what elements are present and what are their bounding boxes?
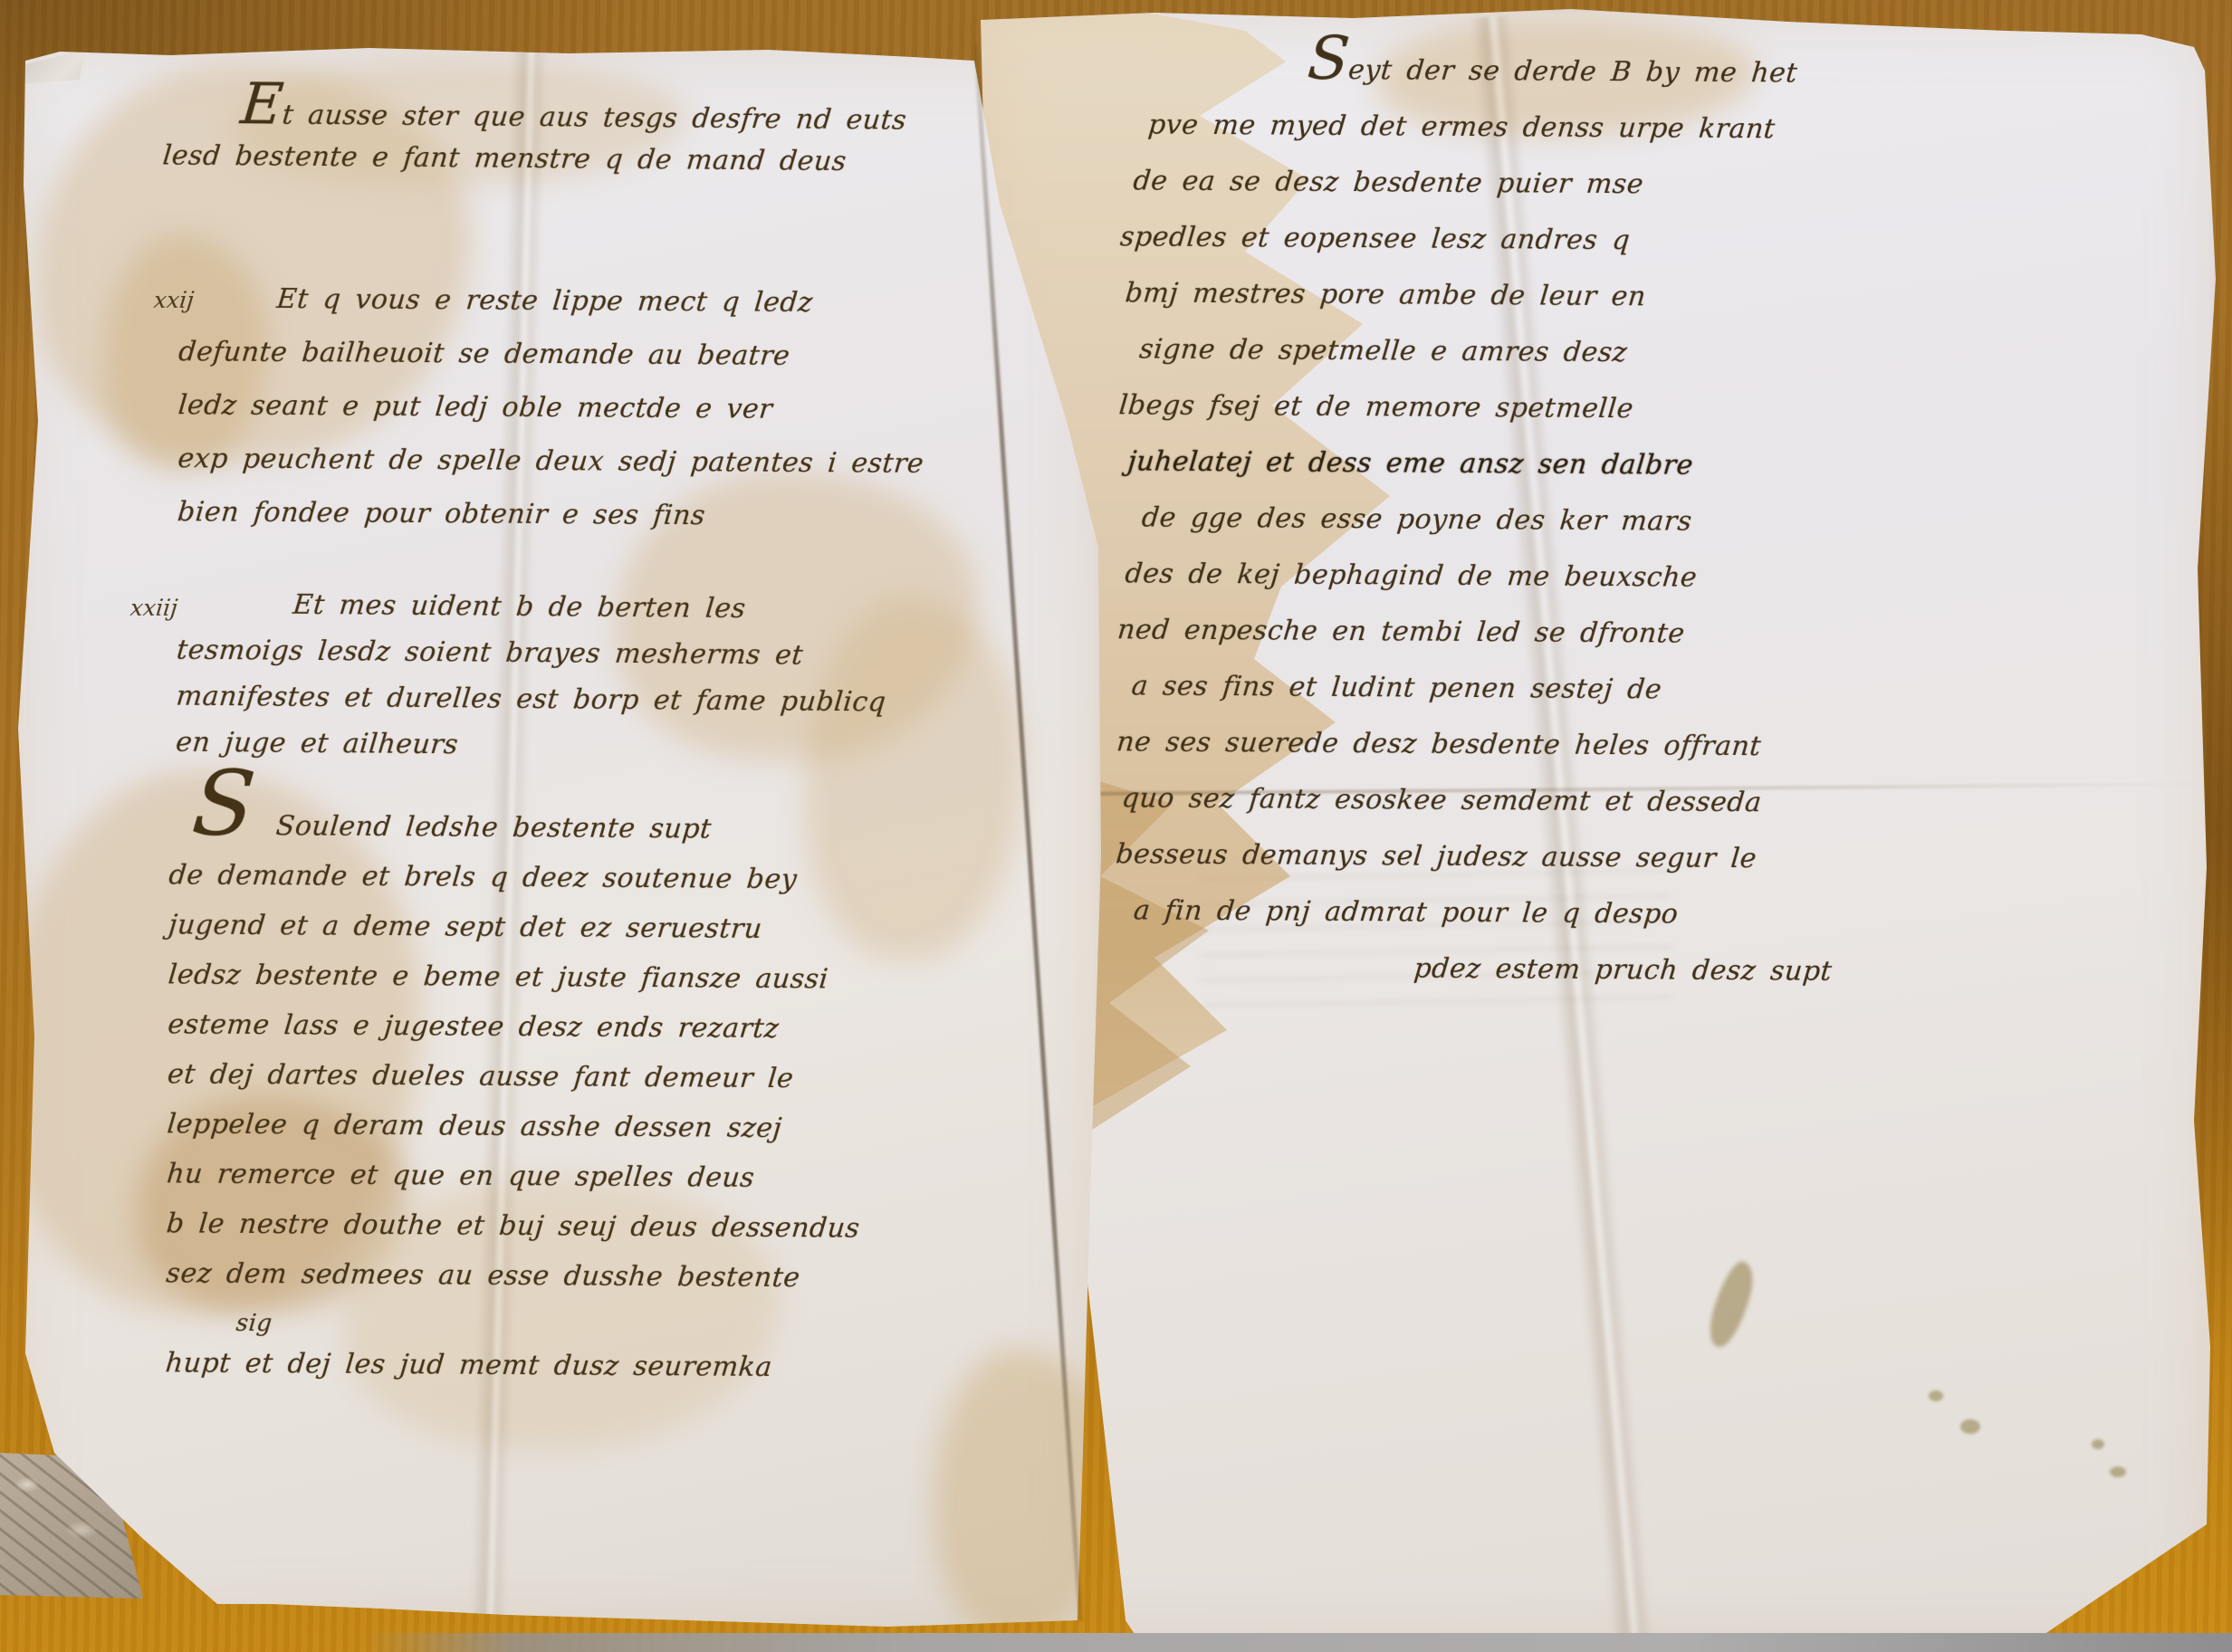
stain-speck: [1960, 1419, 1980, 1434]
manuscript-line: lbegs fsej et de memore spetmelle: [1116, 377, 1838, 438]
manuscript-line: tesmoigs lesdz soient brayes mesherms et: [175, 627, 889, 680]
manuscript-line: lesd bestente e fant menstre q de mand d…: [161, 135, 908, 183]
manuscript-line: bmj mestres pore ambe de leur en: [1123, 265, 1839, 326]
manuscript-left-page: xxij xxiij Et ausse ster que aus tesgs d…: [7, 41, 1103, 1634]
manuscript-line: a fin de pnj admrat pour le q despo: [1131, 883, 1834, 943]
manuscript-line: a ses fins et ludint penen sestej de: [1129, 658, 1836, 719]
manuscript-right-page: Seyt der se derde B by me hetpve me myed…: [973, 7, 2218, 1652]
manuscript-line: sez dem sedmees au esse dusshe bestente: [164, 1248, 862, 1303]
manuscript-line: hu remerce et que en que spelles deus: [165, 1149, 863, 1203]
marginal-number-xxiij: xxiij: [129, 595, 178, 621]
stain-speck: [2092, 1439, 2104, 1449]
right-page-text: Seyt der se derde B by me hetpve me myed…: [1115, 41, 1838, 1000]
manuscript-line: en juge et ailheurs: [174, 720, 888, 772]
manuscript-line: esteme lass e jugestee desz ends rezartz: [166, 999, 864, 1054]
manuscript-line: Et mes uident b de berten les: [291, 582, 889, 634]
manuscript-line: ledz seant e put ledj oble mectde e ver: [176, 378, 926, 437]
manuscript-line: ned enpesche en tembi led se dfronte: [1115, 602, 1836, 663]
manuscript-line: Et q vous e reste lippe mect q ledz: [274, 272, 927, 330]
manuscript-line: quo sez fantz esoskee semdemt et desseda: [1119, 770, 1835, 831]
manuscript-line: et dej dartes dueles ausse fant demeur l…: [166, 1049, 864, 1103]
left-page-paragraph-2: Et q vous e reste lippe mect q ledzdefun…: [177, 272, 925, 544]
olive-stain-streak: [1703, 1257, 1760, 1351]
manuscript-photo: Seyt der se derde B by me hetpve me myed…: [0, 0, 2232, 1652]
stain-speck: [2110, 1466, 2126, 1477]
manuscript-line: ne ses suerede desz besdente heles offra…: [1114, 714, 1835, 775]
manuscript-line: hupt et dej les jud memt dusz seuremka: [163, 1338, 861, 1392]
manuscript-line: Et ausse ster que aus tesgs desfre nd eu…: [238, 94, 908, 141]
manuscript-line: ledsz bestente e beme et juste fiansze a…: [166, 950, 864, 1004]
manuscript-line: de gge des esse poyne des ker mars: [1139, 490, 1837, 550]
manuscript-line: des de kej bephagind de me beuxsche: [1123, 546, 1837, 606]
manuscript-line: Seyt der se derde B by me het: [1305, 43, 1841, 102]
manuscript-line: manifestes et durelles est borp et fame …: [174, 673, 888, 726]
manuscript-line: de demande et brels q deez soutenue bey: [167, 850, 865, 904]
manuscript-line: exp peuchent de spelle deux sedj patente…: [176, 432, 926, 491]
manuscript-line: defunte bailheuoit se demande au beatre: [177, 325, 927, 384]
manuscript-line: pdez estem pruch desz supt: [1412, 941, 1835, 1000]
manuscript-line: juhelatej et dess eme ansz sen dalbre: [1126, 434, 1838, 494]
manuscript-line: spedles et eopensee lesz andres q: [1117, 209, 1839, 270]
stain-speck: [1929, 1390, 1943, 1401]
left-page-paragraph-3: Et mes uident b de berten lestesmoigs le…: [176, 581, 886, 772]
manuscript-line: besseus demanys sel judesz ausse segur l…: [1113, 826, 1834, 887]
manuscript-line: de ea se desz besdente puier mse: [1131, 153, 1840, 214]
manuscript-line: signe de spetmelle e amres desz: [1136, 321, 1838, 382]
scan-edge-strip: [362, 1633, 2232, 1652]
left-page-paragraph-1: Et ausse ster que aus tesgs desfre nd eu…: [163, 93, 907, 183]
manuscript-line: S Soulend ledshe bestente supt: [188, 801, 865, 855]
manuscript-line: bien fondee pour obtenir e ses fins: [175, 485, 925, 544]
manuscript-line: leppelee q deram deus asshe dessen szej: [165, 1099, 863, 1153]
left-page-paragraph-4: S Soulend ledshe bestente suptde demande…: [166, 800, 863, 1392]
manuscript-line: b le nestre douthe et buj seuj deus dess…: [164, 1198, 862, 1253]
manuscript-line: jugend et a deme sept det ez seruestru: [167, 900, 865, 954]
manuscript-line: sig: [235, 1299, 861, 1343]
manuscript-line: pve me myed det ermes denss urpe krant: [1145, 97, 1840, 158]
